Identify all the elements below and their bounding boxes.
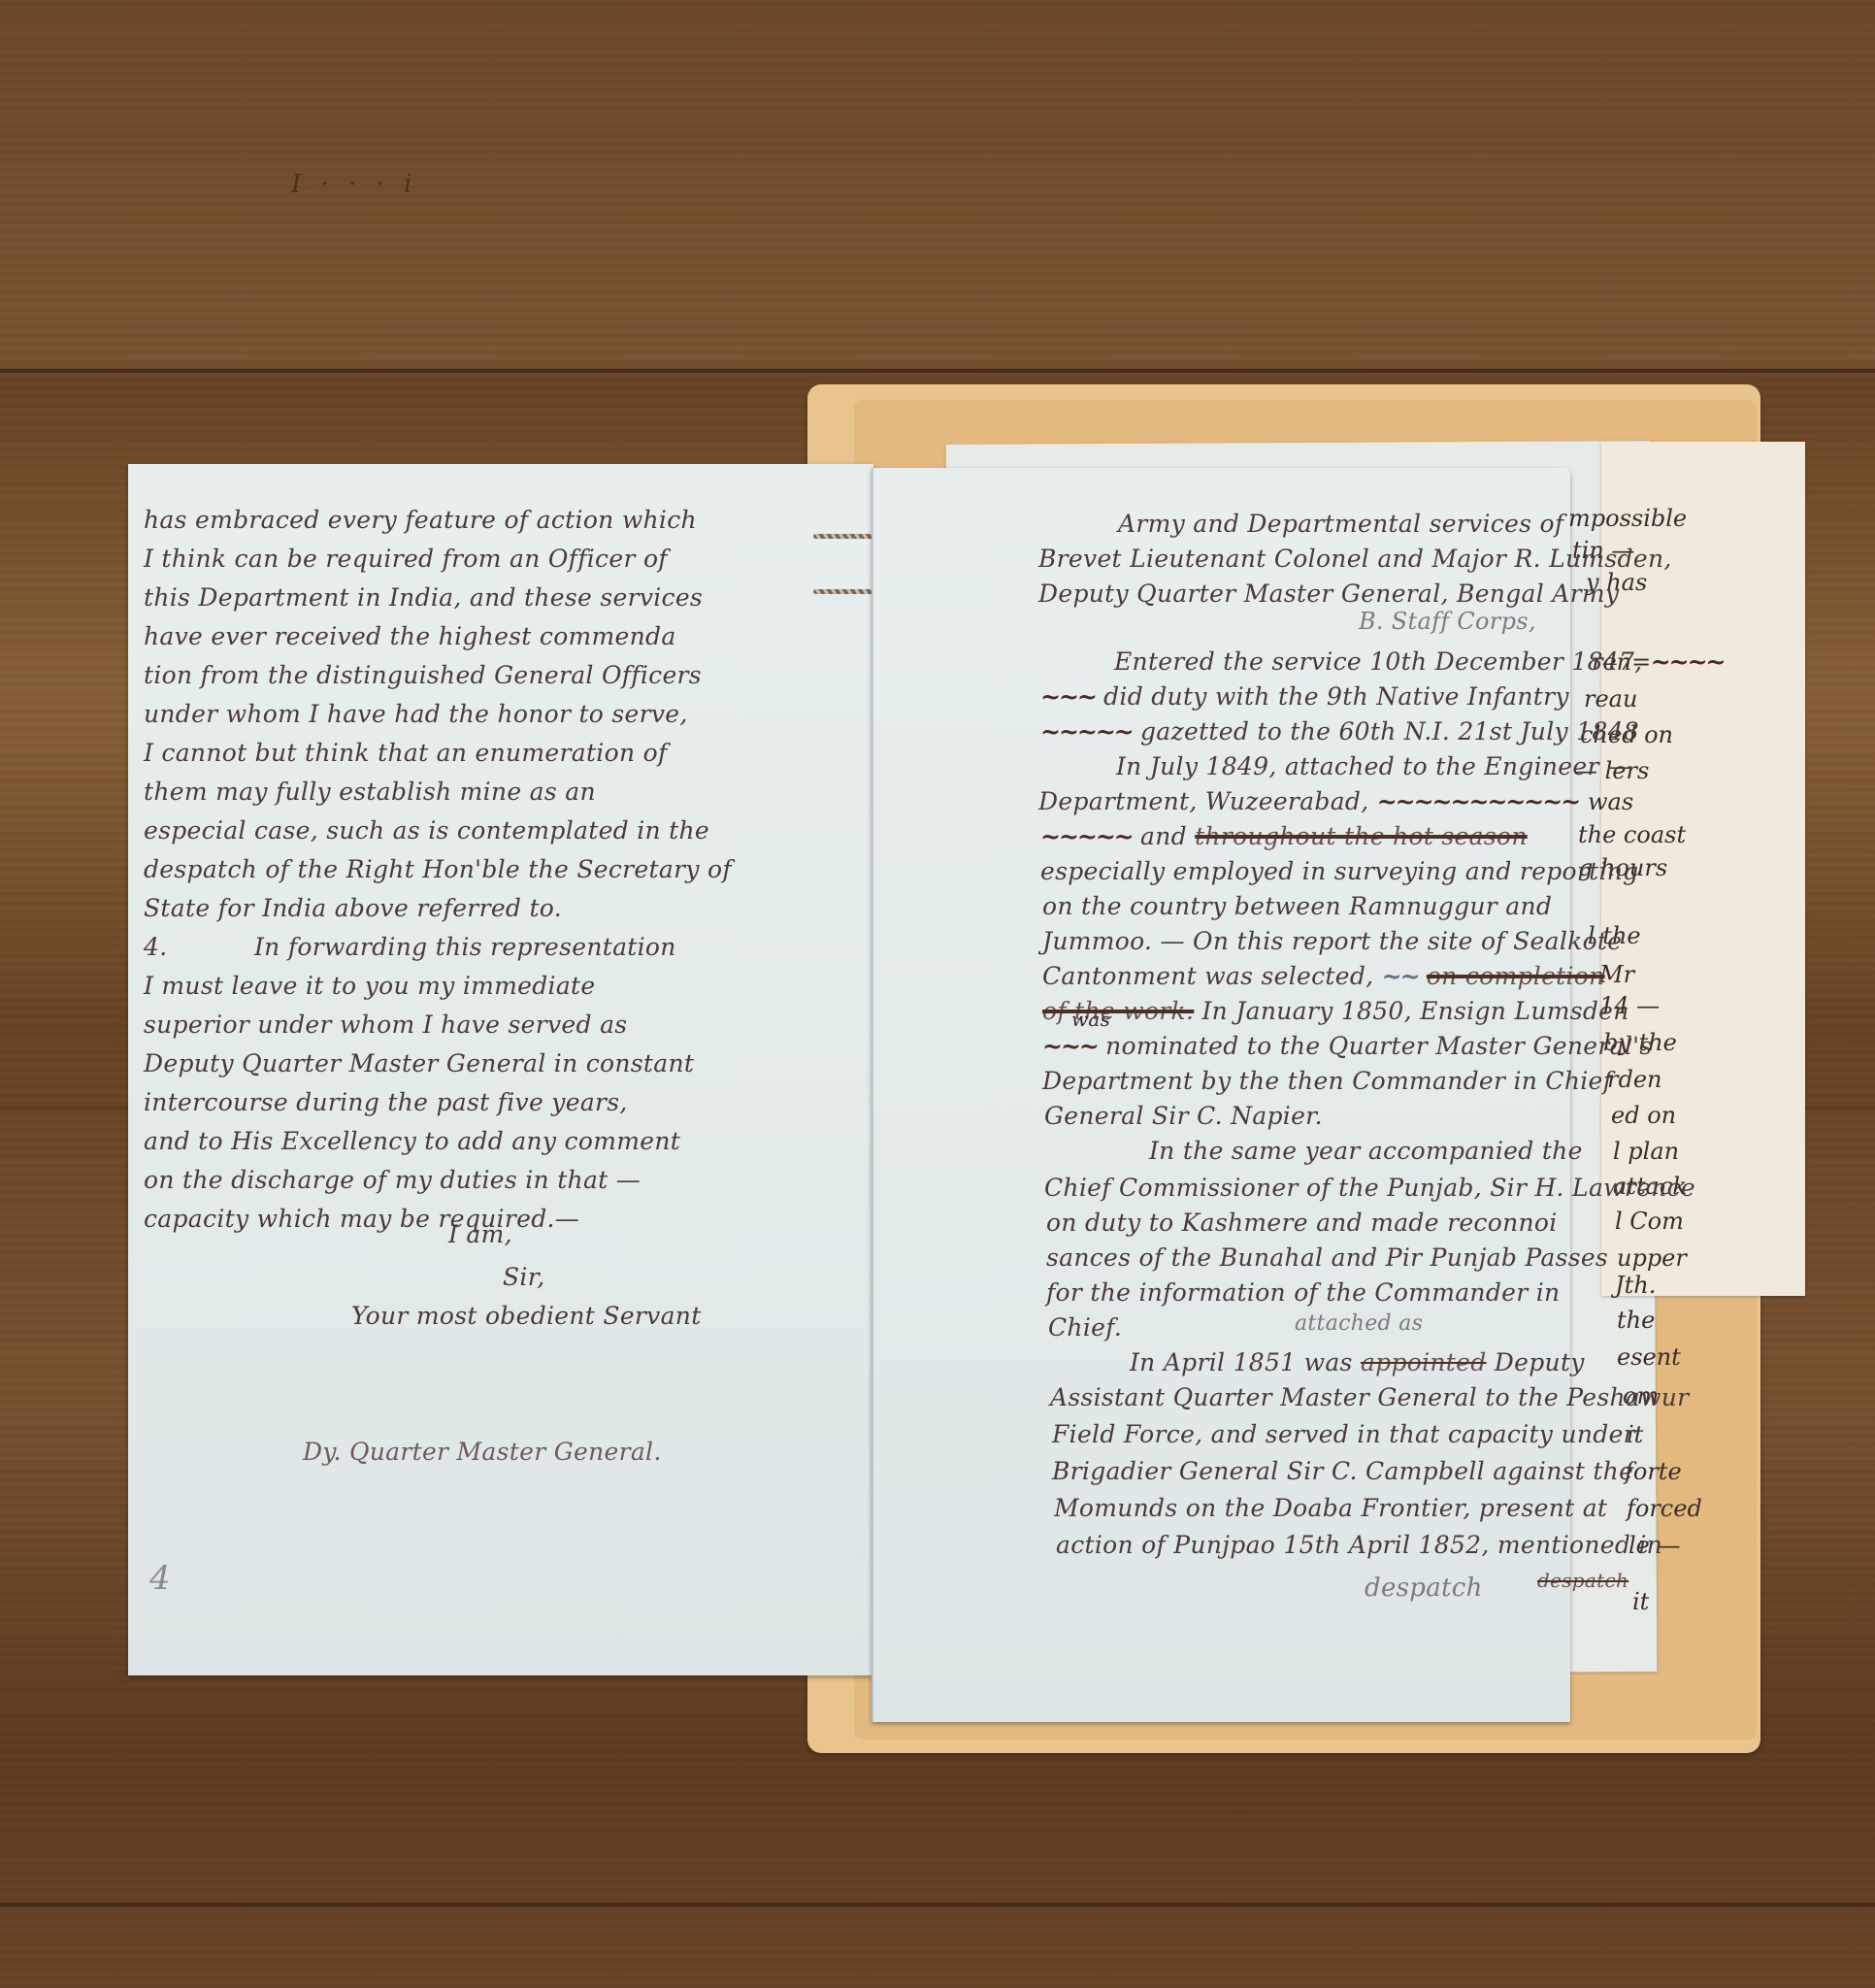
closing-servant: Your most obedient Servant [351,1297,702,1336]
table-plank-seam [0,1903,1875,1906]
services-line: Cantonment was selected, ~~ on completio… [1042,957,1605,996]
services-line: In July 1849, attached to the Engineer — [1116,747,1631,786]
margin-fragment: upper [1617,1244,1687,1272]
services-heading-line: Brevet Lieutenant Colonel and Major R. L… [1038,540,1672,579]
line-text: action of Punjpao 15th April 1852, menti… [1056,1531,1662,1559]
line-text: In the same year accompanied the [1149,1137,1583,1165]
letter-line: have ever received the highest commenda [144,617,676,656]
interlinear-insertion: was [1071,1010,1110,1029]
margin-fragment: was [1588,788,1633,815]
paragraph-number: 4. [144,928,167,967]
services-line: on duty to Kashmere and made reconnoi [1046,1204,1558,1242]
closing-sir: Sir, [503,1258,544,1297]
ink-scribble-deletion: ~~ [1382,957,1419,996]
line-text: Entered the service 10th December 1847, [1114,647,1642,676]
ink-scribble-deletion: ~~~~~ [1040,817,1133,856]
margin-fragment: esent [1617,1343,1681,1371]
ink-scribble-deletion: ~~~~~~~~~~~ [1377,782,1579,821]
line-text: General Sir C. Napier. [1044,1102,1323,1130]
services-line: In April 1851 was appointed Deputy [1130,1343,1585,1382]
line-text: Field Force, and served in that capacity… [1052,1420,1635,1448]
letter-line: I cannot but think that an enumeration o… [144,734,668,773]
services-line: ~~~ nominated to the Quarter Master Gene… [1042,1027,1652,1066]
struck-text: despatch [1537,1561,1628,1600]
table-plank-seam [0,369,1875,373]
services-line: Chief. [1048,1309,1122,1347]
struck-text: appointed [1361,1348,1487,1376]
folio-number: 4 [149,1559,171,1598]
pencil-correction: despatch [1365,1569,1483,1607]
services-line: In the same year accompanied the [1149,1132,1583,1171]
margin-fragment: Jth. [1615,1272,1656,1299]
services-line: Department by the then Commander in Chie… [1042,1062,1612,1101]
services-line: sances of the Bunahal and Pir Punjab Pas… [1046,1239,1608,1277]
services-line: ~~~~~ gazetted to the 60th N.I. 21st Jul… [1040,712,1639,751]
margin-fragment: reau [1584,685,1637,712]
services-line: General Sir C. Napier. [1044,1097,1323,1136]
margin-fragment: forced [1627,1495,1702,1522]
line-text: Momunds on the Doaba Frontier, present a… [1054,1494,1607,1522]
struck-text: throughout the hot season [1195,822,1528,850]
letter-line: this Department in India, and these serv… [144,579,703,617]
services-line: Department, Wuzeerabad, ~~~~~~~~~~~ [1038,782,1579,821]
signature-title: Dy. Quarter Master General. [303,1433,662,1472]
ink-scribble-deletion: ~~~~~ [1040,712,1133,751]
letter-line: and to His Excellency to add any comment [144,1122,680,1161]
line-text: did duty with the 9th Native Infantry [1103,682,1569,711]
line-text: Chief. [1048,1313,1122,1342]
line-text: Assistant Quarter Master General to the … [1050,1383,1689,1411]
services-line: on the country between Ramnuggur and [1042,887,1552,926]
services-line: Momunds on the Doaba Frontier, present a… [1054,1489,1607,1528]
services-line: Jummoo. — On this report the site of Sea… [1042,922,1622,961]
line-text: In July 1849, attached to the Engineer — [1116,752,1631,780]
letter-line: In forwarding this representation [254,928,676,967]
line-text: and [1140,822,1187,850]
struck-text: on completion [1427,962,1605,990]
line-text: especially employed in surveying and rep… [1040,857,1638,885]
closing-i-am: I am, [448,1215,512,1254]
services-line: ~~~ did duty with the 9th Native Infantr… [1040,678,1569,716]
line-text: In January 1850, Ensign Lumsden [1202,997,1629,1025]
line-text: Jummoo. — On this report the site of Sea… [1042,927,1622,955]
line-text: for the information of the Commander in [1046,1278,1560,1307]
services-line: Entered the service 10th December 1847, … [1114,643,1724,681]
letter-line: has embraced every feature of action whi… [144,501,697,540]
letter-line: intercourse during the past five years, [144,1083,628,1122]
page-fold [872,468,873,1722]
letter-line: despatch of the Right Hon'ble the Secret… [144,850,732,889]
services-line: ~~~~~ and throughout the hot season [1040,817,1528,856]
letter-line: them may fully establish mine as an [144,773,596,812]
margin-fragment: it [1632,1588,1649,1615]
ink-scribble-deletion: ~~~~ [1651,643,1725,681]
margin-fragment: mpossible [1568,505,1687,532]
services-line: Assistant Quarter Master General to the … [1050,1378,1689,1417]
margin-fragment: the [1617,1307,1655,1334]
line-text: Brigadier General Sir C. Campbell agains… [1052,1457,1633,1485]
services-heading-line: Army and Departmental services of [1118,505,1563,544]
letter-line: State for India above referred to. [144,889,562,928]
struck-text: of the work. [1042,997,1194,1025]
letter-line: I think can be required from an Officer … [144,540,668,579]
line-text: nominated to the Quarter Master General'… [1105,1032,1652,1060]
letter-line: capacity which may be required.— [144,1200,579,1239]
services-line: Chief Commissioner of the Punjab, Sir H.… [1044,1169,1695,1208]
letter-line: tion from the distinguished General Offi… [144,656,702,695]
services-line: especially employed in surveying and rep… [1040,852,1638,891]
heading-pencil-insertion: B. Staff Corps, [1359,602,1536,641]
ink-scribble-deletion: ~~~ [1040,678,1096,716]
margin-fragment: l plan [1613,1138,1679,1165]
letter-line: especial case, such as is contemplated i… [144,812,709,850]
letter-line: Deputy Quarter Master General in constan… [144,1044,694,1083]
ink-scribble-deletion: ~~~ [1042,1027,1098,1066]
line-text: Chief Commissioner of the Punjab, Sir H.… [1044,1174,1695,1202]
margin-fragment: rden [1607,1066,1662,1093]
line-text: Cantonment was selected, [1042,962,1373,990]
line-text: Department, Wuzeerabad, [1038,787,1368,815]
letter-line: superior under whom I have served as [144,1006,627,1044]
margin-fragment: the coast [1578,821,1686,848]
letter-line: on the discharge of my duties in that — [144,1161,641,1200]
table-carved-marks: I · · · i [291,170,417,199]
line-text: gazetted to the 60th N.I. 21st July 1848 [1140,717,1639,745]
letter-line: under whom I have had the honor to serve… [144,695,688,734]
margin-fragment: ed on [1611,1102,1676,1129]
pencil-insertion: attached as [1295,1305,1423,1343]
services-line: of the work. In January 1850, Ensign Lum… [1042,992,1629,1031]
services-line: Field Force, and served in that capacity… [1052,1415,1635,1454]
services-line: action of Punjpao 15th April 1852, menti… [1056,1526,1662,1565]
line-text: In April 1851 was [1130,1348,1353,1376]
margin-fragment: l Com [1615,1208,1684,1235]
line-text: Department by the then Commander in Chie… [1042,1067,1612,1095]
services-line: Brigadier General Sir C. Campbell agains… [1052,1452,1633,1491]
line-text-after: Deputy [1495,1348,1585,1376]
line-text: sances of the Bunahal and Pir Punjab Pas… [1046,1243,1608,1272]
line-text: on the country between Ramnuggur and [1042,892,1552,920]
line-text: on duty to Kashmere and made reconnoi [1046,1209,1558,1237]
letter-line: I must leave it to you my immediate [144,967,596,1006]
